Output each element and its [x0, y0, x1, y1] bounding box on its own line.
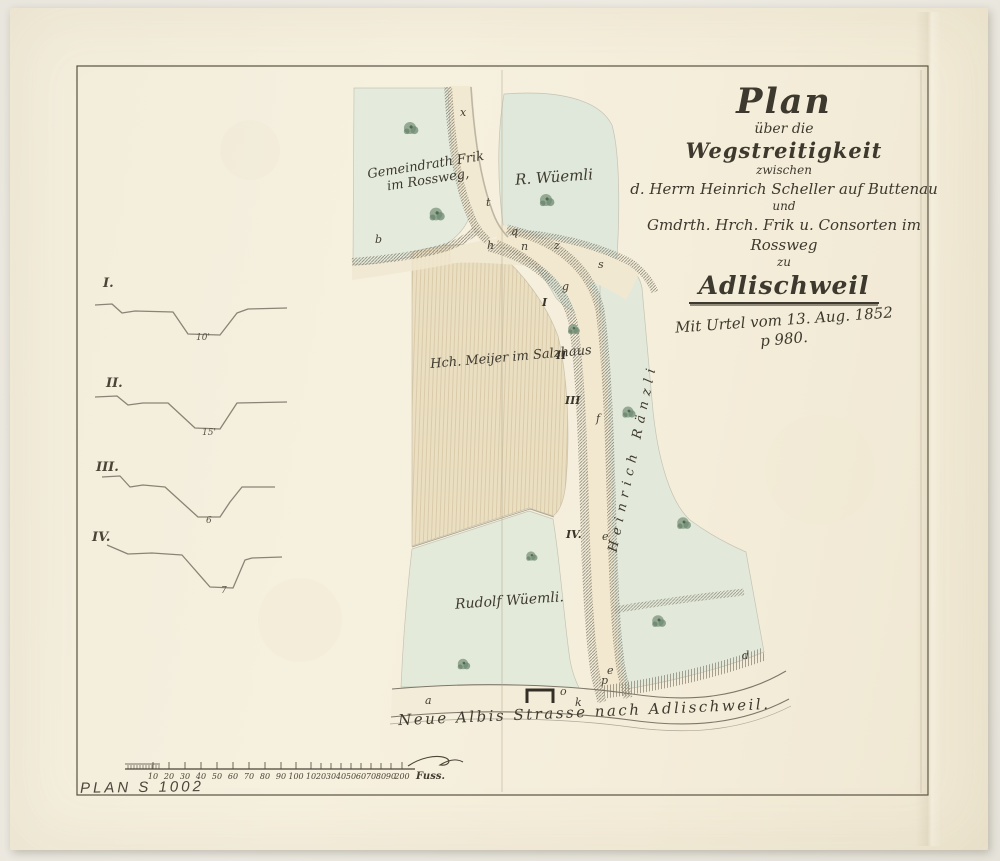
section-numeral-2: II. — [106, 376, 123, 391]
scale-label: 200 — [394, 772, 409, 781]
point-letter: q — [511, 225, 518, 238]
title-und: und — [618, 199, 950, 215]
scale-label: 20 — [316, 772, 326, 781]
scale-bar — [125, 756, 463, 769]
scale-label: 80 — [260, 772, 270, 781]
section-profile-1 — [95, 304, 287, 335]
title-zu: zu — [618, 255, 950, 271]
title-party1: d. Herrn Heinrich Scheller auf Buttenau — [618, 179, 950, 199]
point-letter: s — [598, 258, 604, 271]
section-depth-4: 7 — [221, 586, 227, 596]
point-letter: h — [487, 239, 494, 252]
pen-flourish — [408, 756, 463, 766]
map-numeral-I: I — [542, 296, 547, 309]
section-numeral-3: III. — [96, 460, 119, 475]
title-subject: Wegstreitigkeit — [618, 138, 950, 163]
title-party2: Gmdrth. Hrch. Frik u. Consorten im Rossw… — [618, 215, 950, 256]
section-depth-3: 6 — [206, 516, 212, 526]
scale-label: 90 — [276, 772, 286, 781]
point-letter: k — [575, 696, 582, 709]
map-numeral-III: III — [565, 394, 580, 407]
title-ueber-die: über die — [618, 121, 950, 139]
section-profiles — [95, 304, 287, 588]
point-letter: o — [560, 685, 567, 698]
title-plan: Plan — [618, 84, 950, 121]
scale-label: 30 — [326, 772, 336, 781]
point-letter: z — [554, 239, 560, 252]
scale-label: 10 — [306, 772, 316, 781]
section-numeral-1: I. — [103, 276, 114, 291]
point-letter: b — [375, 233, 382, 246]
parcel-meijer-hatch — [412, 244, 568, 546]
point-letter: x — [460, 106, 466, 119]
scale-label: 40 — [336, 772, 346, 781]
map-numeral-IV: IV. — [566, 528, 582, 541]
point-letter: t — [486, 196, 490, 209]
point-letter: g — [562, 280, 569, 293]
scale-label: 60 — [228, 772, 238, 781]
point-letter: n — [521, 240, 528, 253]
point-letter: f — [596, 412, 600, 425]
scale-label: 70 — [244, 772, 254, 781]
scale-label: 50 — [212, 772, 222, 781]
title-place: Adlischweil — [689, 271, 880, 304]
point-letter: d — [742, 649, 749, 662]
scale-label: 70 — [366, 772, 376, 781]
scale-label: 80 — [376, 772, 386, 781]
scale-label: 100 — [288, 772, 303, 781]
point-letter: e — [602, 530, 609, 543]
section-depth-1: 10' — [196, 333, 210, 343]
scanned-plan-page: { "scan": { "archive_stamp": "PLAN S 100… — [0, 0, 1000, 861]
scale-label: 50 — [346, 772, 356, 781]
map-numeral-II: II — [556, 349, 566, 362]
section-numeral-4: IV. — [92, 530, 110, 545]
title-zwischen: zwischen — [618, 163, 950, 179]
point-letter: a — [425, 694, 432, 707]
scale-label: 60 — [356, 772, 366, 781]
section-depth-2: 15' — [202, 428, 216, 438]
archive-stamp: PLAN S 1002 — [80, 778, 204, 797]
scale-unit: Fuss. — [416, 771, 445, 782]
title-block: Plan über die Wegstreitigkeit zwischen d… — [618, 84, 950, 350]
section-profile-2 — [95, 396, 287, 429]
point-letter: p — [601, 674, 608, 687]
section-profile-4 — [107, 545, 282, 588]
section-profile-3 — [102, 476, 275, 517]
